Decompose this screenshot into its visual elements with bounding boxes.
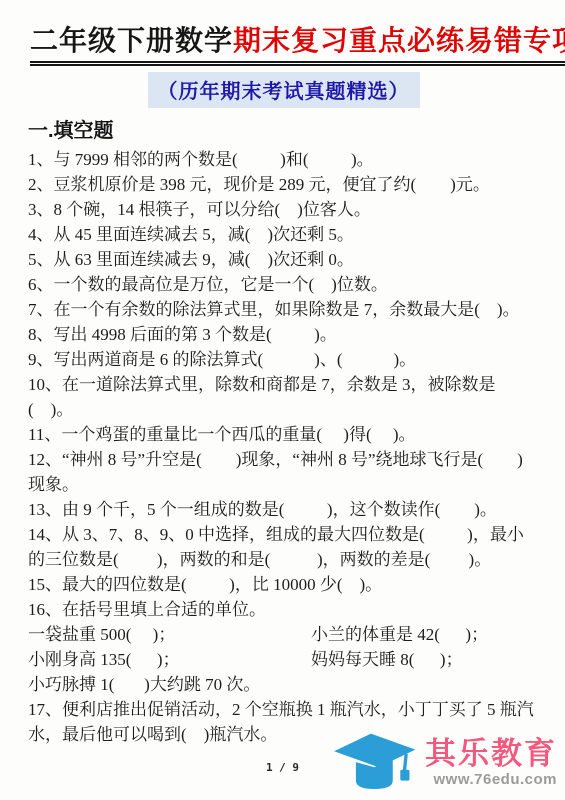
question-14: 14、从 3、7、8、9、0 中选择，组成的最大四位数是( )，最小的三位数是(… [28,522,539,572]
question-2: 2、豆浆机原价是 398 元，现价是 289 元，便宜了约( )元。 [28,172,539,197]
brand-logo: 其乐教育 www.76edu.com [333,732,557,794]
question-16: 16、在括号里填上合适的单位。 [28,597,539,622]
question-13: 13、由 9 个千，5 个一组成的数是( )，这个数读作( )。 [28,497,539,522]
unit-item-sleep: 妈妈每天睡 8( )； [311,647,539,672]
unit-item-salt: 一袋盐重 500( )； [28,622,311,647]
title-topic: 期末复习重点必练易错专项 [233,25,565,56]
subtitle: （历年期末考试真题精选） [148,72,420,108]
question-10: 10、在一道除法算式里，除数和商都是 7，余数是 3，被除数是( )。 [28,372,539,422]
unit-item-pulse: 小巧脉搏 1( )大约跳 70 次。 [28,672,539,697]
question-7: 7、在一个有余数的除法算式里，如果除数是 7，余数最大是( )。 [28,297,539,322]
question-11: 11、一个鸡蛋的重量比一个西瓜的重量( )得( )。 [28,422,539,447]
brand-text: 其乐教育 www.76edu.com [425,738,557,788]
title-underlined: 二年级下册数学期末复习重点必练易错专项 [30,24,565,66]
graduation-cap-icon [333,732,419,794]
question-6: 6、一个数的最高位是万位，它是一个( )位数。 [28,272,539,297]
title-course: 二年级下册数学 [30,25,233,56]
question-15: 15、最大的四位数是( )，比 10000 少( )。 [28,572,539,597]
units-row-2: 小刚身高 135( )； 妈妈每天睡 8( )； [28,647,539,672]
question-8: 8、写出 4998 后面的第 3 个数是( )。 [28,322,539,347]
unit-item-weight: 小兰的体重是 42( )； [311,622,539,647]
question-12: 12、“神州 8 号”升空是( )现象，“神州 8 号”绕地球飞行是( )现象。 [28,447,539,497]
question-4: 4、从 45 里面连续减去 5，减( )次还剩 5。 [28,222,539,247]
worksheet-page: 二年级下册数学期末复习重点必练易错专项 （历年期末考试真题精选） 一.填空题 1… [0,0,565,747]
brand-url: www.76edu.com [434,771,557,788]
brand-name: 其乐教育 [425,738,557,771]
question-3: 3、8 个碗，14 根筷子，可以分给( )位客人。 [28,197,539,222]
section-heading: 一.填空题 [28,114,539,143]
question-5: 5、从 63 里面连续减去 9，减( )次还剩 0。 [28,247,539,272]
question-1: 1、与 7999 相邻的两个数是( )和( )。 [28,147,539,172]
units-row-1: 一袋盐重 500( )； 小兰的体重是 42( )； [28,622,539,647]
question-9: 9、写出两道商是 6 的除法算式( )、( )。 [28,347,539,372]
page-title: 二年级下册数学期末复习重点必练易错专项 [30,24,537,66]
subtitle-wrap: （历年期末考试真题精选） [28,72,539,108]
unit-item-height: 小刚身高 135( )； [28,647,311,672]
